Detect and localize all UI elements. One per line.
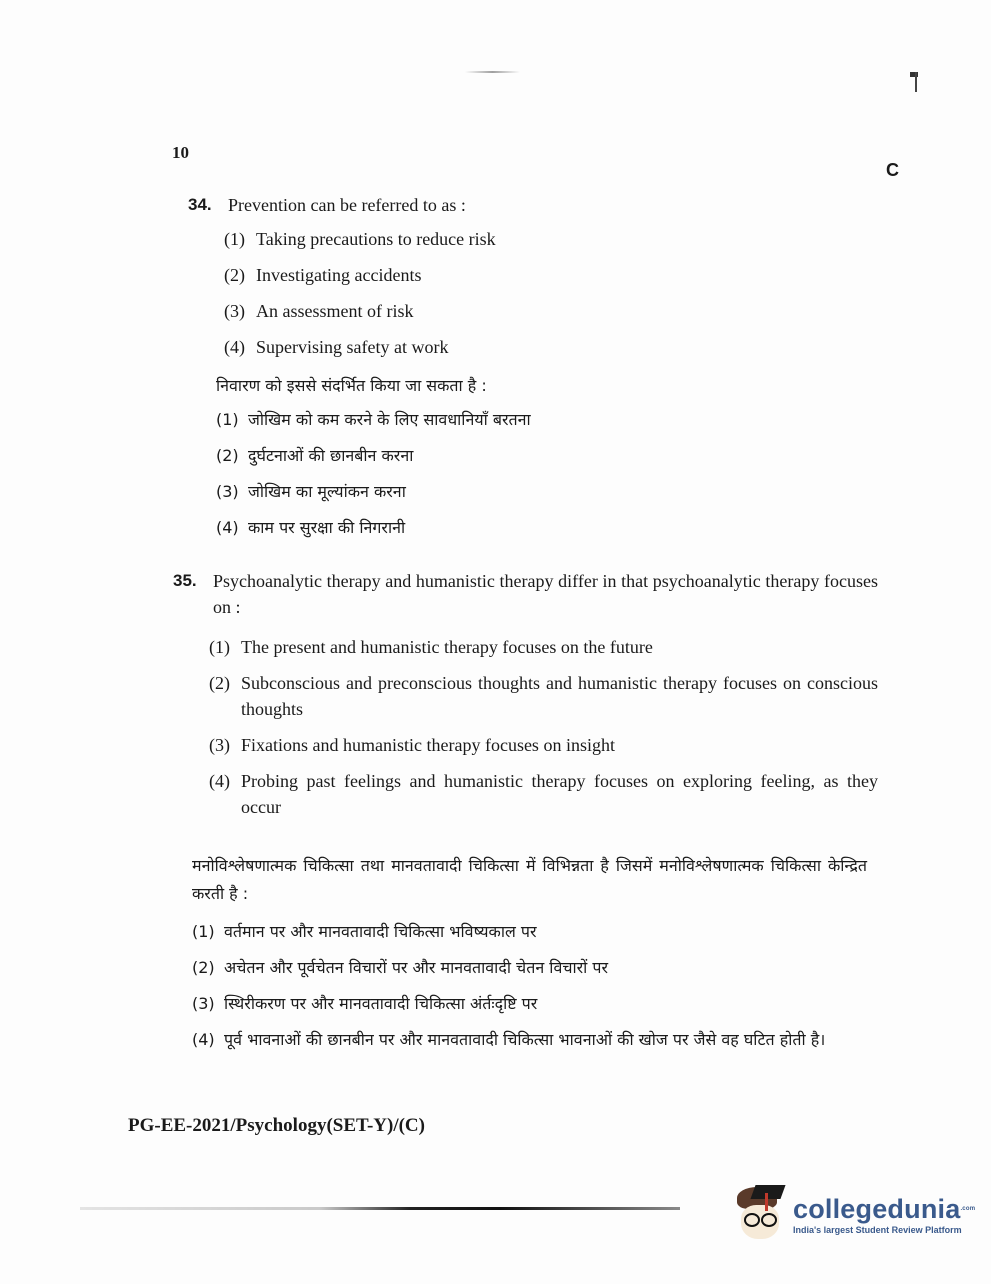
option-4-hindi: (4) काम पर सुरक्षा की निगरानी bbox=[216, 514, 636, 542]
collegedunia-watermark: collegedunia.com India's largest Student… bbox=[735, 1180, 965, 1250]
option-text: Fixations and humanistic therapy focuses… bbox=[241, 732, 878, 758]
option-number: (4) bbox=[224, 334, 256, 360]
option-3: (3) An assessment of risk bbox=[224, 298, 608, 324]
option-text: The present and humanistic therapy focus… bbox=[241, 634, 878, 660]
option-3: (3) Fixations and humanistic therapy foc… bbox=[209, 732, 878, 758]
option-text: Subconscious and preconscious thoughts a… bbox=[241, 670, 878, 722]
option-number: (2) bbox=[192, 954, 224, 982]
option-text: Probing past feelings and humanistic the… bbox=[241, 768, 878, 820]
option-text: दुर्घटनाओं की छानबीन करना bbox=[248, 442, 636, 470]
option-text: अचेतन और पूर्वचेतन विचारों पर और मानवताव… bbox=[224, 954, 867, 982]
option-text: Taking precautions to reduce risk bbox=[256, 226, 608, 252]
option-number: (2) bbox=[224, 262, 256, 288]
option-1-hindi: (1) वर्तमान पर और मानवतावादी चिकित्सा भव… bbox=[192, 918, 867, 946]
question-stem-hindi: निवारण को इससे संदर्भित किया जा सकता है … bbox=[216, 372, 636, 400]
option-2: (2) Investigating accidents bbox=[224, 262, 608, 288]
option-3-hindi: (3) जोखिम का मूल्यांकन करना bbox=[216, 478, 636, 506]
option-1: (1) Taking precautions to reduce risk bbox=[224, 226, 608, 252]
question-34-hindi: निवारण को इससे संदर्भित किया जा सकता है … bbox=[216, 372, 636, 550]
option-number: (4) bbox=[192, 1026, 224, 1054]
option-text: वर्तमान पर और मानवतावादी चिकित्सा भविष्य… bbox=[224, 918, 867, 946]
option-number: (4) bbox=[209, 768, 241, 820]
option-list-hindi: (1) जोखिम को कम करने के लिए सावधानियाँ ब… bbox=[216, 406, 636, 542]
watermark-tagline: India's largest Student Review Platform bbox=[793, 1224, 975, 1236]
option-text: स्थिरीकरण पर और मानवतावादी चिकित्सा अंर्… bbox=[224, 990, 867, 1018]
option-number: (1) bbox=[224, 226, 256, 252]
option-2: (2) Subconscious and preconscious though… bbox=[209, 670, 878, 722]
page-number: 10 bbox=[172, 143, 189, 163]
question-stem: Psychoanalytic therapy and humanistic th… bbox=[213, 568, 878, 620]
mascot-logo-icon bbox=[735, 1185, 787, 1245]
option-number: (2) bbox=[209, 670, 241, 722]
option-list: (1) The present and humanistic therapy f… bbox=[209, 634, 878, 820]
option-number: (3) bbox=[209, 732, 241, 758]
option-number: (4) bbox=[216, 514, 248, 542]
option-text: काम पर सुरक्षा की निगरानी bbox=[248, 514, 636, 542]
scan-artifact-line bbox=[465, 71, 520, 73]
question-stem-hindi: मनोविश्लेषणात्मक चिकित्सा तथा मानवतावादी… bbox=[192, 852, 867, 908]
option-4-hindi: (4) पूर्व भावनाओं की छानबीन पर और मानवता… bbox=[192, 1026, 867, 1054]
question-number: 34. bbox=[188, 192, 228, 218]
option-text: पूर्व भावनाओं की छानबीन पर और मानवतावादी… bbox=[224, 1026, 867, 1054]
option-text: Investigating accidents bbox=[256, 262, 608, 288]
question-stem: Prevention can be referred to as : bbox=[228, 192, 608, 218]
question-35-hindi: मनोविश्लेषणात्मक चिकित्सा तथा मानवतावादी… bbox=[192, 852, 867, 1062]
question-35-english: 35. Psychoanalytic therapy and humanisti… bbox=[173, 568, 878, 830]
question-number: 35. bbox=[173, 568, 213, 620]
option-4: (4) Probing past feelings and humanistic… bbox=[209, 768, 878, 820]
scan-artifact-rule bbox=[80, 1207, 680, 1210]
option-number: (3) bbox=[224, 298, 256, 324]
option-text: An assessment of risk bbox=[256, 298, 608, 324]
option-2-hindi: (2) अचेतन और पूर्वचेतन विचारों पर और मान… bbox=[192, 954, 867, 982]
question-34-english: 34. Prevention can be referred to as : (… bbox=[188, 192, 608, 370]
option-number: (2) bbox=[216, 442, 248, 470]
watermark-brand: collegedunia.com bbox=[793, 1194, 975, 1224]
option-text: जोखिम को कम करने के लिए सावधानियाँ बरतना bbox=[248, 406, 636, 434]
exam-page: 10 C 34. Prevention can be referred to a… bbox=[0, 0, 991, 1284]
paper-code: PG-EE-2021/Psychology(SET-Y)/(C) bbox=[128, 1115, 425, 1137]
corner-mark bbox=[910, 72, 918, 92]
option-list: (1) Taking precautions to reduce risk (2… bbox=[224, 226, 608, 360]
option-3-hindi: (3) स्थिरीकरण पर और मानवतावादी चिकित्सा … bbox=[192, 990, 867, 1018]
option-4: (4) Supervising safety at work bbox=[224, 334, 608, 360]
option-number: (3) bbox=[192, 990, 224, 1018]
set-code: C bbox=[886, 160, 899, 181]
option-number: (3) bbox=[216, 478, 248, 506]
option-text: जोखिम का मूल्यांकन करना bbox=[248, 478, 636, 506]
option-list-hindi: (1) वर्तमान पर और मानवतावादी चिकित्सा भव… bbox=[192, 918, 867, 1054]
option-2-hindi: (2) दुर्घटनाओं की छानबीन करना bbox=[216, 442, 636, 470]
option-text: Supervising safety at work bbox=[256, 334, 608, 360]
option-1-hindi: (1) जोखिम को कम करने के लिए सावधानियाँ ब… bbox=[216, 406, 636, 434]
option-number: (1) bbox=[216, 406, 248, 434]
option-number: (1) bbox=[209, 634, 241, 660]
option-1: (1) The present and humanistic therapy f… bbox=[209, 634, 878, 660]
option-number: (1) bbox=[192, 918, 224, 946]
